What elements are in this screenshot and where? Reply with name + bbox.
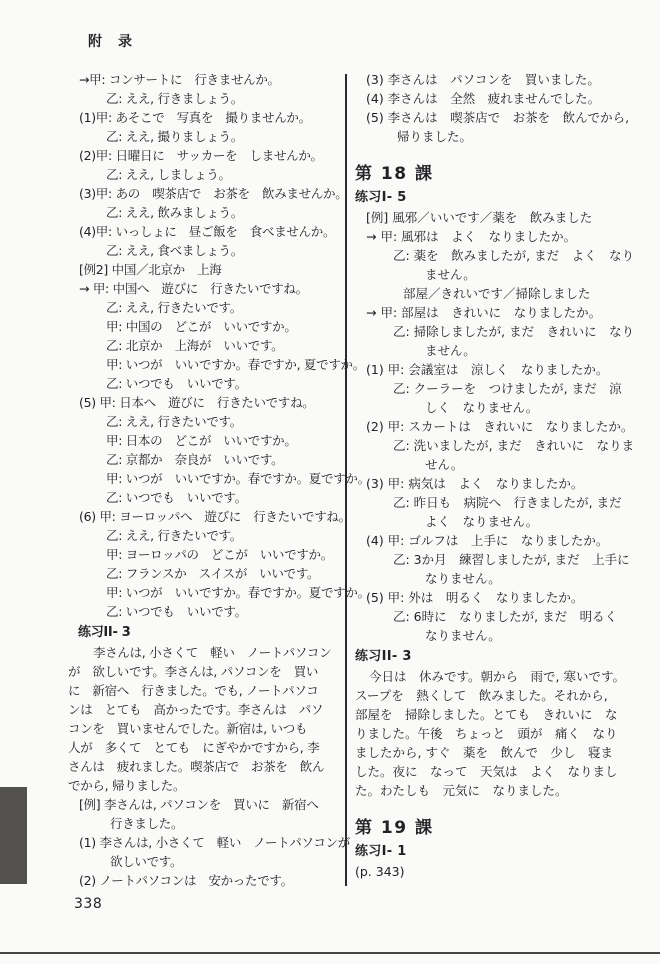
text-line: (4) 甲: ゴルフは 上手に なりましたか。 (355, 531, 655, 550)
text-line: 乙: 京都か 奈良が いいです。 (68, 450, 348, 469)
text-line: → 甲: 中国へ 遊びに 行きたいですね。 (68, 279, 348, 298)
text-line: (2)甲: 日曜日に サッカーを しませんか。 (68, 146, 348, 165)
text-line: [例] 李さんは, パソコンを 買いに 新宿へ (68, 795, 348, 814)
text-line: ましたから, すぐ 薬を 飲んで 少し 寝ま (355, 743, 655, 762)
text-line: なりません。 (355, 569, 655, 588)
text-line: 乙: フランスか スイスが いいです。 (68, 564, 348, 583)
text-line: ンは とても 高かったです。李さんは パソ (68, 700, 348, 719)
exercise-heading: 练习II- 3 (68, 623, 348, 643)
text-line: 甲: いつが いいですか。春ですか, 夏ですか。 (68, 355, 348, 374)
text-line: [例] 風邪／いいです／薬を 飲みました (355, 208, 655, 227)
text-line: した。夜に なって 天気は よく なりまし (355, 762, 655, 781)
text-line: ません。 (355, 265, 655, 284)
text-line: (5) 甲: 外は 明るく なりましたか。 (355, 588, 655, 607)
text-line: (6) 甲: ヨーロッパへ 遊びに 行きたいですね。 (68, 507, 348, 526)
text-line: 乙: ええ, 行きましょう。 (68, 89, 348, 108)
text-line: (1) 李さんは, 小さくて 軽い ノートパソコンが (68, 833, 348, 852)
text-line: 乙: ええ, しましょう。 (68, 165, 348, 184)
text-line: コンを 買いませんでした。新宿は, いつも (68, 719, 348, 738)
exercise-heading: 练习I- 5 (355, 188, 655, 208)
text-line: [例2] 中国／北京か 上海 (68, 260, 348, 279)
text-line: よく なりません。 (355, 512, 655, 531)
text-line: (1) 甲: 会議室は 涼しく なりましたか。 (355, 360, 655, 379)
text-line: に 新宿へ 行きました。でも, ノートパソコ (68, 681, 348, 700)
text-line: 乙: クーラーを つけましたが, まだ 涼 (355, 379, 655, 398)
exercise-heading: 练习I- 1 (355, 842, 655, 862)
text-line: (2) ノートパソコンは 安かったです。 (68, 871, 348, 890)
text-line: (1)甲: あそこで 写真を 撮りませんか。 (68, 108, 348, 127)
text-line: 甲: 中国の どこが いいですか。 (68, 317, 348, 336)
text-line: (5) 李さんは 喫茶店で お茶を 飲んでから, (355, 108, 655, 127)
text-line: 乙: 3か月 練習しましたが, まだ 上手に (355, 550, 655, 569)
text-line: りました。午後 ちょっと 頭が 痛く なり (355, 724, 655, 743)
text-line: なりません。 (355, 626, 655, 645)
text-line: (3)甲: あの 喫茶店で お茶を 飲みませんか。 (68, 184, 348, 203)
text-line: (p. 343) (355, 862, 655, 881)
text-line: 乙: ええ, 飲みましょう。 (68, 203, 348, 222)
text-line: 欲しいです。 (68, 852, 348, 871)
thumb-index-tab (0, 787, 27, 884)
text-line: (3) 甲: 病気は よく なりましたか。 (355, 474, 655, 493)
text-line: 甲: ヨーロッパの どこが いいですか。 (68, 545, 348, 564)
text-line: 乙: 北京か 上海が いいです。 (68, 336, 348, 355)
text-line: さんは 疲れました。喫茶店で お茶を 飲ん (68, 757, 348, 776)
text-line: 乙: 掃除しましたが, まだ きれいに なり (355, 322, 655, 341)
exercise-heading: 练习II- 3 (355, 647, 655, 667)
right-column: (3) 李さんは パソコンを 買いました。(4) 李さんは 全然 疲れませんでし… (355, 70, 655, 881)
text-line: 甲: 日本の どこが いいですか。 (68, 431, 348, 450)
text-line: 乙: ええ, 撮りましょう。 (68, 127, 348, 146)
text-line: 今日は 休みです。朝から 雨で, 寒いです。 (355, 667, 655, 686)
text-line: 乙: ええ, 食べましょう。 (68, 241, 348, 260)
text-line: (4)甲: いっしょに 昼ご飯を 食べませんか。 (68, 222, 348, 241)
lesson-heading: 第 18 課 (355, 162, 655, 186)
text-line: 行きました。 (68, 814, 348, 833)
page-number: 338 (74, 896, 102, 912)
text-line: 人が 多くて とても にぎやかですから, 李 (68, 738, 348, 757)
text-line: 乙: 薬を 飲みましたが, まだ よく なり (355, 246, 655, 265)
text-line: → 甲: 風邪は よく なりましたか。 (355, 227, 655, 246)
text-line: 乙: 昨日も 病院へ 行きましたが, まだ (355, 493, 655, 512)
text-line: せん。 (355, 455, 655, 474)
text-line: ません。 (355, 341, 655, 360)
text-line: 甲: いつが いいですか。春ですか。夏ですか。 (68, 583, 348, 602)
text-line: 乙: ええ, 行きたいです。 (68, 298, 348, 317)
text-line: た。わたしも 元気に なりました。 (355, 781, 655, 800)
text-line: が 欲しいです。李さんは, パソコンを 買い (68, 662, 348, 681)
text-line: 乙: いつでも いいです。 (68, 374, 348, 393)
text-line: 乙: ええ, 行きたいです。 (68, 412, 348, 431)
text-line: 乙: ええ, 行きたいです。 (68, 526, 348, 545)
left-column: →甲: コンサートに 行きませんか。乙: ええ, 行きましょう。(1)甲: あそ… (68, 70, 348, 890)
text-line: → 甲: 部屋は きれいに なりましたか。 (355, 303, 655, 322)
book-page: 附 录 →甲: コンサートに 行きませんか。乙: ええ, 行きましょう。(1)甲… (0, 0, 660, 964)
text-line: (2) 甲: スカートは きれいに なりましたか。 (355, 417, 655, 436)
page-edge-line (0, 952, 660, 954)
text-line: (5) 甲: 日本へ 遊びに 行きたいですね。 (68, 393, 348, 412)
text-line: (4) 李さんは 全然 疲れませんでした。 (355, 89, 655, 108)
lesson-heading: 第 19 課 (355, 816, 655, 840)
text-line: 乙: いつでも いいです。 (68, 488, 348, 507)
appendix-header: 附 录 (88, 31, 133, 51)
text-line: 甲: いつが いいですか。春ですか。夏ですか。 (68, 469, 348, 488)
text-line: 部屋／きれいです／掃除しました (355, 284, 655, 303)
text-line: 部屋を 掃除しました。とても きれいに な (355, 705, 655, 724)
text-line: 乙: 6時に なりましたが, まだ 明るく (355, 607, 655, 626)
text-line: 乙: 洗いましたが, まだ きれいに なりま (355, 436, 655, 455)
text-line: しく なりません。 (355, 398, 655, 417)
text-line: 李さんは, 小さくて 軽い ノートパソコン (68, 643, 348, 662)
text-line: 乙: いつでも いいです。 (68, 602, 348, 621)
text-line: 帰りました。 (355, 127, 655, 146)
text-line: でから, 帰りました。 (68, 776, 348, 795)
text-line: スープを 熱くして 飲みました。それから, (355, 686, 655, 705)
text-line: (3) 李さんは パソコンを 買いました。 (355, 70, 655, 89)
text-line: →甲: コンサートに 行きませんか。 (68, 70, 348, 89)
